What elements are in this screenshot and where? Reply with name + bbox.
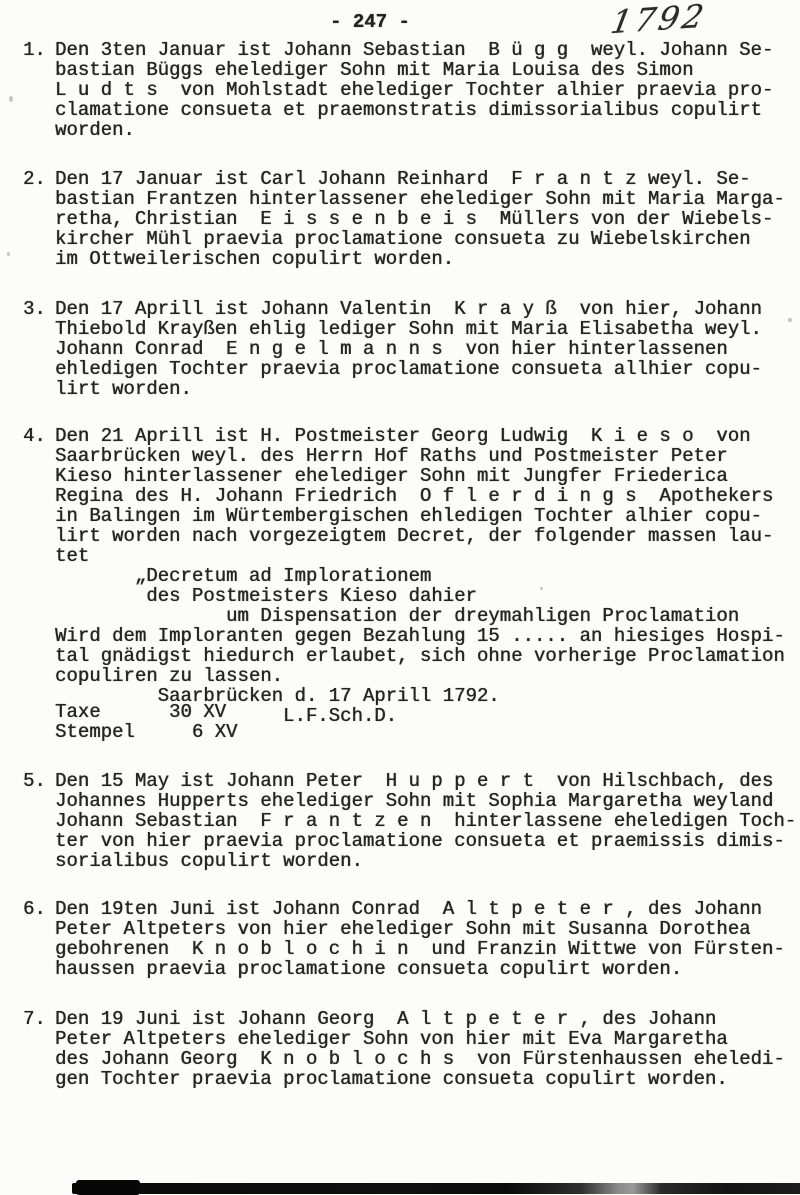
entry-number: 6. (23, 899, 55, 919)
text-line: kircher Mühl praevia proclamatione consu… (55, 229, 785, 249)
entry-number: 7. (23, 1009, 55, 1029)
text-line: Den 19ten Juni ist Johann Conrad A l t p… (55, 899, 785, 919)
text-line: L u d t s von Mohlstadt ehelediger Tocht… (55, 80, 773, 100)
text-line: Den 17 Januar ist Carl Johann Reinhard F… (55, 169, 785, 189)
text-line: Den 17 Aprill ist Johann Valentin K r a … (55, 299, 762, 319)
text-line: Wird dem Imploranten gegen Bezahlung 15 … (55, 626, 785, 646)
text-line: Thiebold Krayßen ehlig lediger Sohn mit … (55, 319, 762, 339)
text-line: Johannes Hupperts ehelediger Sohn mit So… (55, 791, 796, 811)
scan-edge-bar (72, 1183, 800, 1194)
text-line: copuliren zu lassen. (55, 666, 785, 686)
text-line: sorialibus copulirt worden. (55, 851, 796, 871)
text-line: Johann Sebastian F r a n t z e n hinterl… (55, 811, 796, 831)
text-line: Saarbrücken weyl. des Herrn Hof Raths un… (55, 446, 785, 466)
entry-text: Den 17 Aprill ist Johann Valentin K r a … (55, 299, 762, 399)
text-line: des Johann Georg K n o b l o c h s von F… (55, 1049, 785, 1069)
scan-speckle (9, 96, 13, 102)
scan-speckle (788, 318, 792, 322)
text-line: tal gnädigst hiedurch erlaubet, sich ohn… (55, 646, 785, 666)
fee-table: Taxe 30 XVStempel 6 XV (55, 702, 237, 742)
scan-edge-blob (76, 1180, 140, 1195)
text-line: Johann Conrad E n g e l m a n n s von hi… (55, 339, 762, 359)
text-line: Regina des H. Johann Friedrich O f l e r… (55, 486, 785, 506)
entry-text: Den 19ten Juni ist Johann Conrad A l t p… (55, 899, 785, 979)
text-line: ehledigen Tochter praevia proclamatione … (55, 359, 762, 379)
text-line: worden. (55, 120, 773, 140)
text-line: Taxe 30 XV (55, 702, 237, 722)
text-line: Den 21 Aprill ist H. Postmeister Georg L… (55, 426, 785, 446)
text-line: Den 19 Juni ist Johann Georg A l t p e t… (55, 1009, 785, 1029)
marriage-entry-5: 5. Den 15 May ist Johann Peter H u p p e… (23, 771, 796, 871)
text-line: ter von hier praevia proclamatione consu… (55, 831, 796, 851)
page-number: - 247 - (330, 12, 410, 32)
text-line: Den 15 May ist Johann Peter H u p p e r … (55, 771, 796, 791)
text-line: Den 3ten Januar ist Johann Sebastian B ü… (55, 40, 773, 60)
entry-number: 2. (23, 169, 55, 189)
text-line: Kieso hinterlassener ehelediger Sohn mit… (55, 466, 785, 486)
scan-speckle (540, 587, 543, 590)
text-line: gen Tochter praevia proclamatione consue… (55, 1069, 785, 1089)
document-page: - 247 - 1792 1. Den 3ten Januar ist Joha… (0, 0, 800, 1195)
entry-text: Den 3ten Januar ist Johann Sebastian B ü… (55, 40, 773, 140)
text-line: „Decretum ad Implorationem (55, 566, 785, 586)
handwritten-year: 1792 (608, 0, 710, 41)
text-line: Peter Altpeters ehelediger Sohn von hier… (55, 1029, 785, 1049)
entry-number: 5. (23, 771, 55, 791)
text-line: des Postmeisters Kieso dahier (55, 586, 785, 606)
text-line: gebohrenen K n o b l o c h i n und Franz… (55, 939, 785, 959)
entry-number: 4. (23, 426, 55, 446)
text-line: tet (55, 546, 785, 566)
marriage-entry-6: 6. Den 19ten Juni ist Johann Conrad A l … (23, 899, 785, 979)
text-line: in Balingen im Würtembergischen ehledige… (55, 506, 785, 526)
entry-number: 1. (23, 40, 55, 60)
entry-text: Den 15 May ist Johann Peter H u p p e r … (55, 771, 796, 871)
text-line: bastian Büggs ehelediger Sohn mit Maria … (55, 60, 773, 80)
text-line: clamatione consueta et praemonstratis di… (55, 100, 773, 120)
marriage-entry-3: 3. Den 17 Aprill ist Johann Valentin K r… (23, 299, 762, 399)
scan-speckle (7, 252, 10, 256)
text-line: lirt worden. (55, 379, 762, 399)
marriage-entry-7: 7. Den 19 Juni ist Johann Georg A l t p … (23, 1009, 785, 1089)
text-line: Stempel 6 XV (55, 722, 237, 742)
text-line: im Ottweilerischen copulirt worden. (55, 249, 785, 269)
text-line: lirt worden nach vorgezeigtem Decret, de… (55, 526, 785, 546)
marriage-entry-2: 2. Den 17 Januar ist Carl Johann Reinhar… (23, 169, 785, 269)
marriage-entry-1: 1. Den 3ten Januar ist Johann Sebastian … (23, 40, 773, 140)
marriage-entry-4: 4. Den 21 Aprill ist H. Postmeister Geor… (23, 426, 785, 726)
text-line: haussen praevia proclamatione consueta c… (55, 959, 785, 979)
text-line: bastian Frantzen hinterlassener eheledig… (55, 189, 785, 209)
text-line: retha, Christian E i s s e n b e i s Mül… (55, 209, 785, 229)
entry-number: 3. (23, 299, 55, 319)
text-line: Peter Altpeters von hier ehelediger Sohn… (55, 919, 785, 939)
text-line: um Dispensation der dreymahligen Proclam… (55, 606, 785, 626)
entry-text: Den 19 Juni ist Johann Georg A l t p e t… (55, 1009, 785, 1089)
entry-text-with-decree: Den 21 Aprill ist H. Postmeister Georg L… (55, 426, 785, 726)
entry-text: Den 17 Januar ist Carl Johann Reinhard F… (55, 169, 785, 269)
